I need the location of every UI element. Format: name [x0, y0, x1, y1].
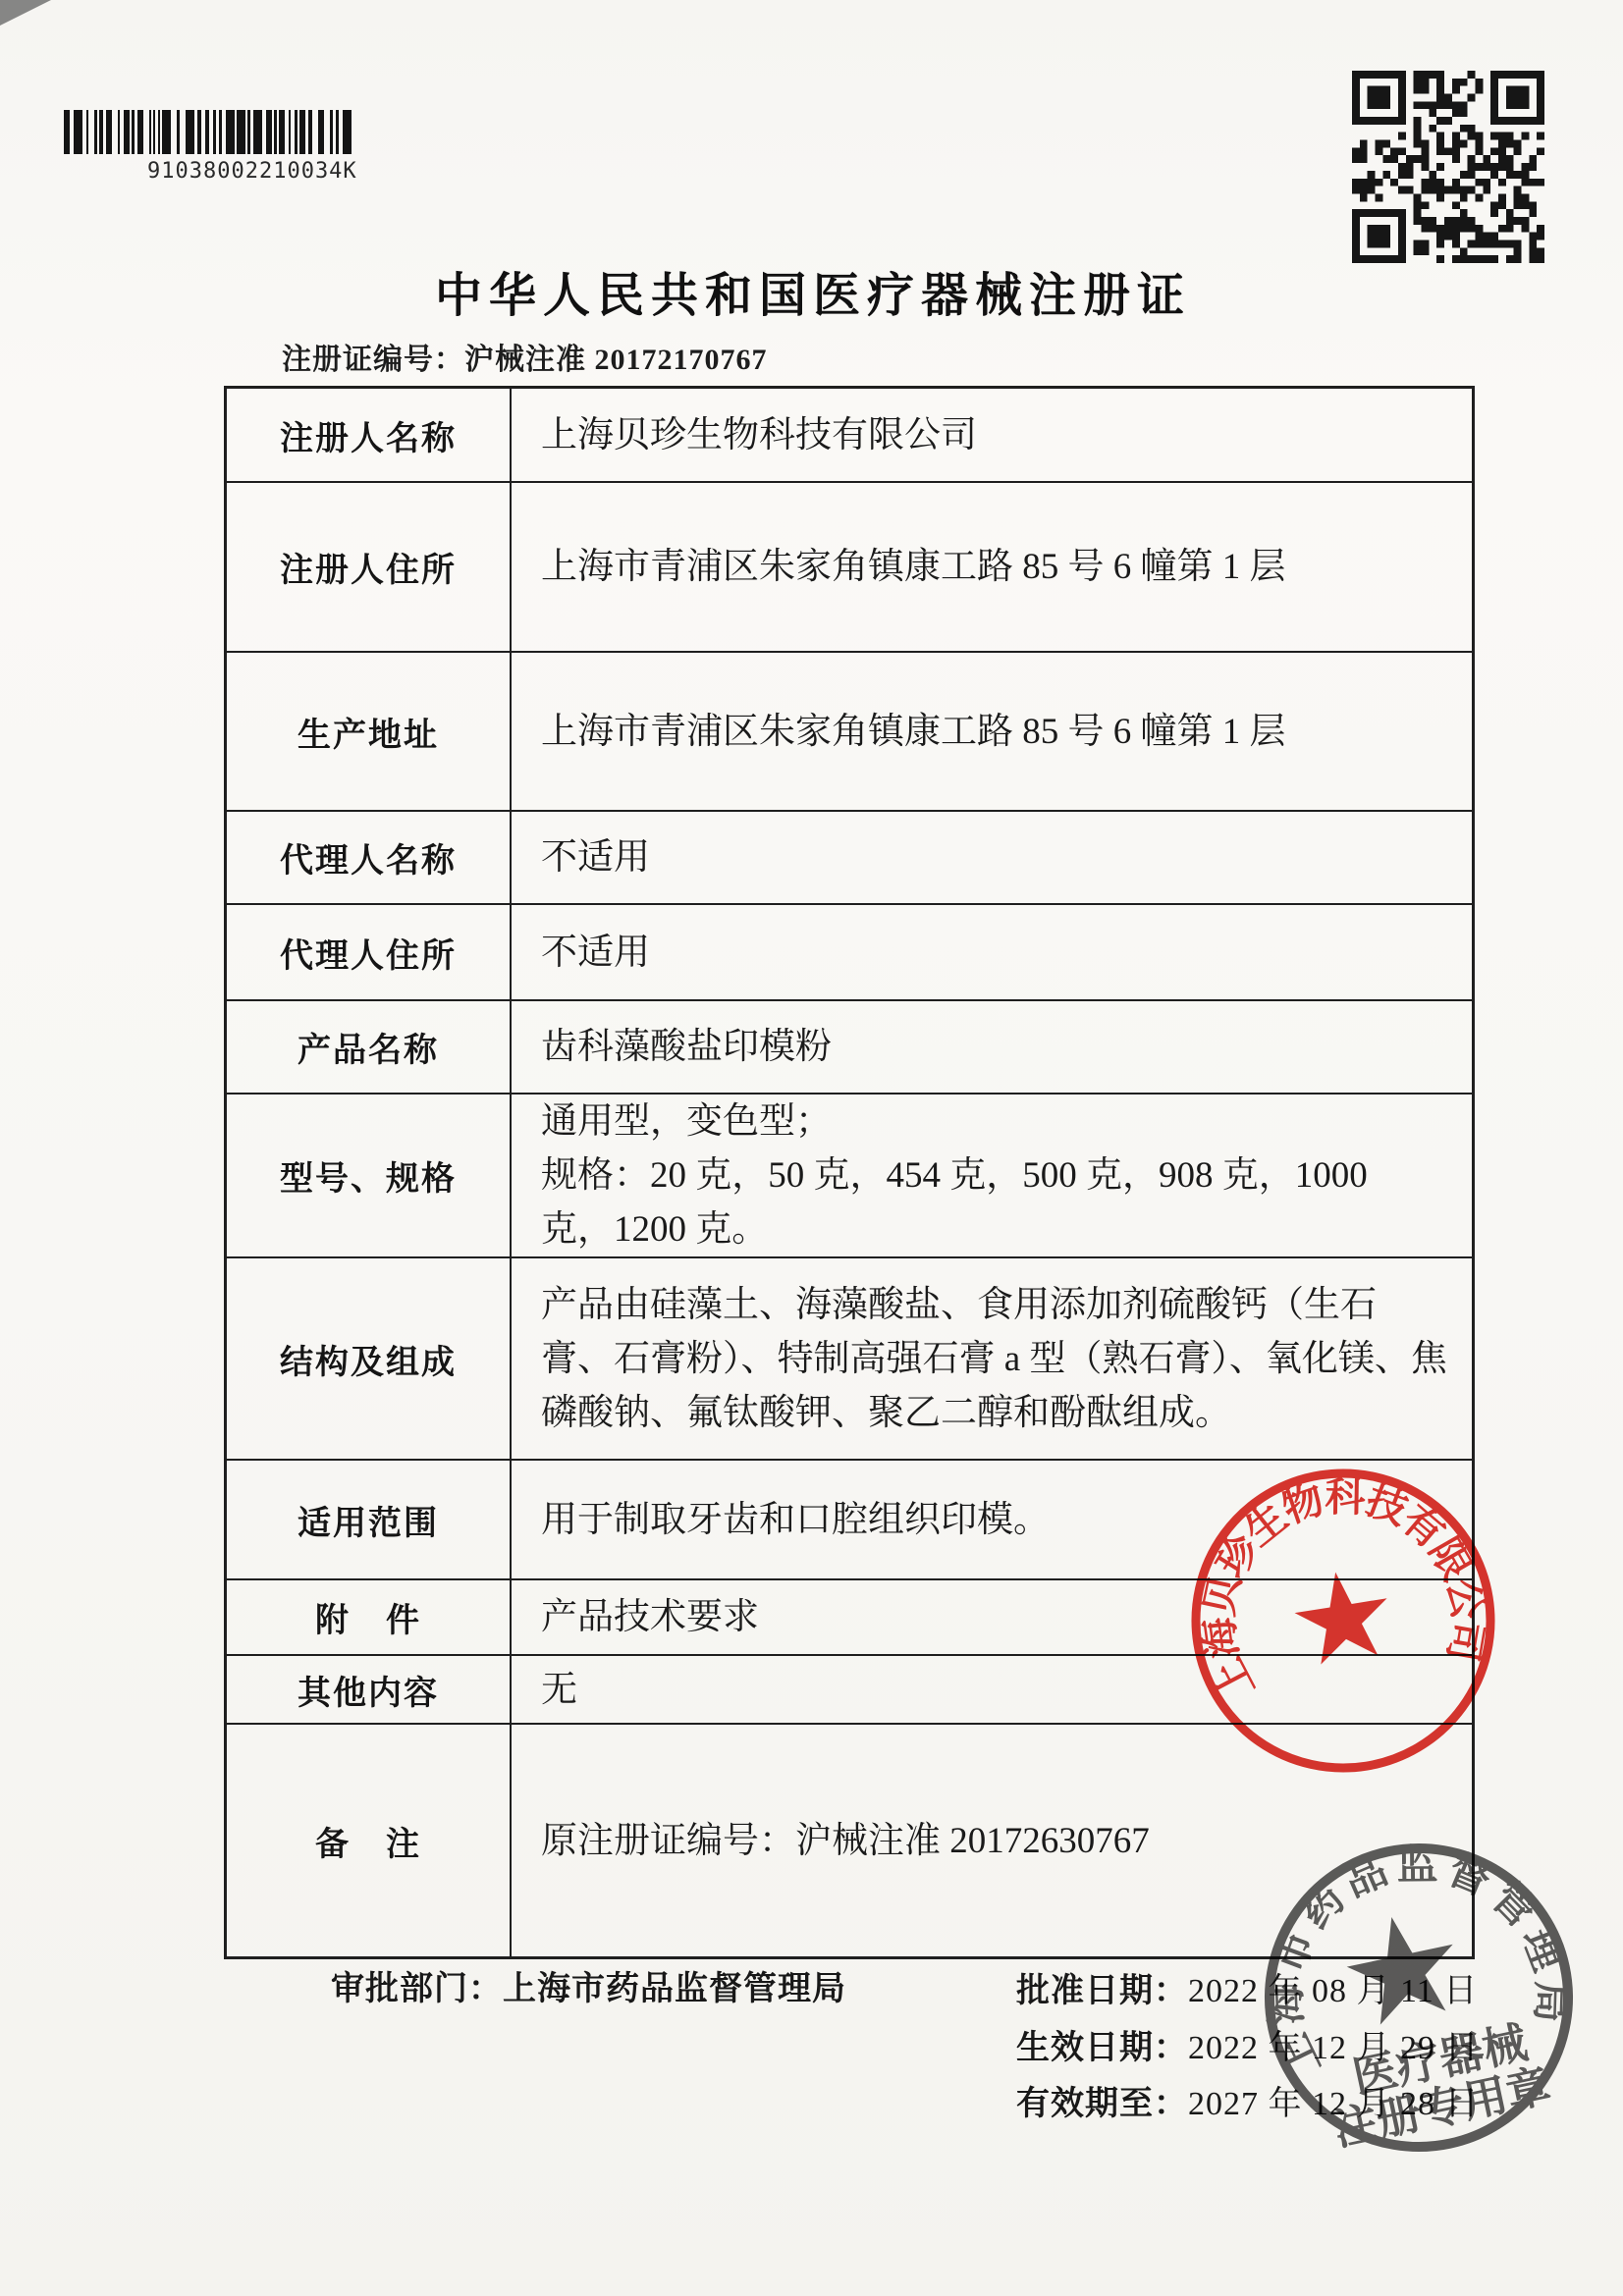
registration-number: 注册证编号：沪械注准 20172170767	[282, 335, 768, 378]
row-label: 注册人住所	[227, 483, 512, 651]
row-label: 其他内容	[227, 1656, 512, 1723]
scan-corner-artifact	[0, 0, 51, 26]
row-value: 齿科藻酸盐印模粉	[512, 1001, 1472, 1093]
effective-date-label: 生效日期：	[1016, 2029, 1188, 2066]
table-row: 生产地址 上海市青浦区朱家角镇康工路 85 号 6 幢第 1 层	[227, 651, 1472, 810]
table-row: 注册人住所 上海市青浦区朱家角镇康工路 85 号 6 幢第 1 层	[227, 481, 1472, 651]
table-row: 结构及组成 产品由硅藻土、海藻酸盐、食用添加剂硫酸钙（生石膏、石膏粉）、特制高强…	[227, 1256, 1472, 1459]
row-label: 结构及组成	[227, 1258, 512, 1459]
row-label: 代理人住所	[227, 905, 512, 999]
row-label: 产品名称	[227, 1001, 512, 1093]
registration-number-value: 沪械注准 20172170767	[464, 344, 768, 376]
registration-number-label: 注册证编号：	[282, 344, 464, 376]
approval-department-value: 上海市药品监督管理局	[503, 1970, 846, 2007]
row-value: 上海市青浦区朱家角镇康工路 85 号 6 幢第 1 层	[512, 483, 1472, 651]
authority-seal: 上海市药品监督管理局 医疗器械 注册专用章	[1245, 1824, 1593, 2171]
qr-code	[1352, 71, 1544, 263]
star-icon	[1338, 1905, 1466, 2029]
approval-department-label: 审批部门：	[331, 1970, 503, 2007]
approval-department: 审批部门：上海市药品监督管理局	[331, 1961, 846, 2009]
row-value: 不适用	[512, 812, 1472, 903]
row-value: 不适用	[512, 905, 1472, 999]
row-label: 代理人名称	[227, 812, 512, 903]
barcode	[64, 110, 352, 154]
row-value: 上海贝珍生物科技有限公司	[512, 389, 1472, 481]
row-value: 产品由硅藻土、海藻酸盐、食用添加剂硫酸钙（生石膏、石膏粉）、特制高强石膏 a 型…	[512, 1258, 1472, 1459]
table-row: 注册人名称 上海贝珍生物科技有限公司	[227, 389, 1472, 481]
expiry-date-label: 有效期至：	[1016, 2085, 1188, 2122]
table-row: 型号、规格 通用型，变色型； 规格：20 克，50 克，454 克，500 克，…	[227, 1093, 1472, 1256]
certificate-page: 91038002210034K 中华人民共和国医疗器械注册证 注册证编号：沪械注…	[0, 0, 1623, 2296]
row-value: 上海市青浦区朱家角镇康工路 85 号 6 幢第 1 层	[512, 653, 1472, 810]
row-label: 型号、规格	[227, 1095, 512, 1256]
row-label: 附 件	[227, 1580, 512, 1654]
page-title: 中华人民共和国医疗器械注册证	[224, 257, 1402, 325]
table-row: 代理人名称 不适用	[227, 810, 1472, 903]
company-seal: 上海贝珍生物科技有限公司	[1176, 1454, 1510, 1788]
row-label: 适用范围	[227, 1461, 512, 1578]
table-row: 产品名称 齿科藻酸盐印模粉	[227, 999, 1472, 1093]
star-icon	[1289, 1565, 1395, 1667]
table-row: 代理人住所 不适用	[227, 903, 1472, 999]
approval-date-label: 批准日期：	[1016, 1972, 1188, 2009]
barcode-number: 91038002210034K	[147, 159, 357, 184]
row-value: 通用型，变色型； 规格：20 克，50 克，454 克，500 克，908 克，…	[512, 1095, 1472, 1256]
row-label: 生产地址	[227, 653, 512, 810]
row-label: 注册人名称	[227, 389, 512, 481]
row-label: 备 注	[227, 1725, 512, 1956]
